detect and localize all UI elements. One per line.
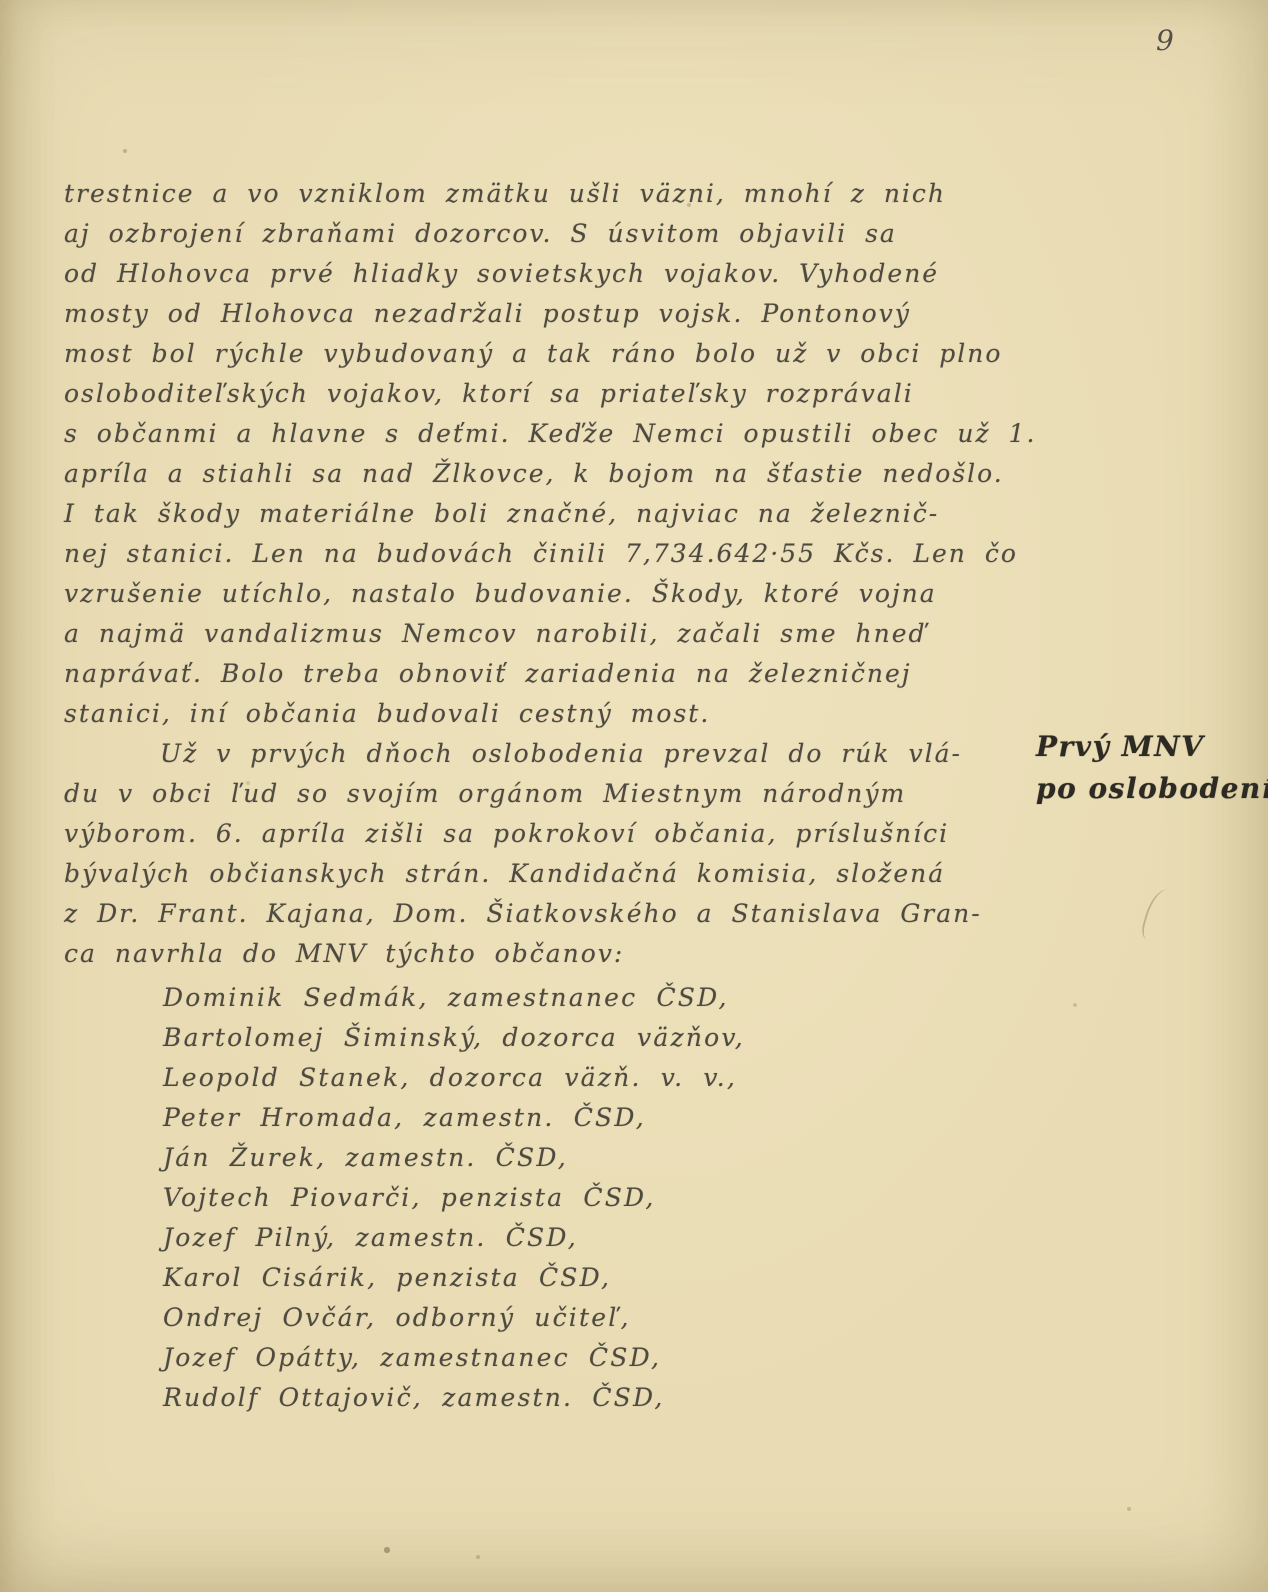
text-line: vzrušenie utíchlo, nastalo budovanie. Šk… [64,574,1054,614]
council-member-list: Dominik Sedmák, zamestnanec ČSD, Bartolo… [163,978,923,1418]
list-item: Leopold Stanek, dozorca väzň. v. v., [163,1058,923,1098]
list-item: Karol Cisárik, penzista ČSD, [163,1258,923,1298]
list-item: Vojtech Piovarči, penzista ČSD, [163,1178,923,1218]
text-line: most bol rýchle vybudovaný a tak ráno bo… [64,334,1054,374]
chronicle-page: 9 trestnice a vo vzniklom zmätku ušli vä… [0,0,1268,1592]
text-line: osloboditeľských vojakov, ktorí sa priat… [64,374,1054,414]
list-item: Rudolf Ottajovič, zamestn. ČSD, [163,1378,923,1418]
text-line: stanici, iní občania budovali cestný mos… [64,694,1054,734]
text-line: ca navrhla do MNV týchto občanov: [64,934,1054,974]
list-item: Jozef Opátty, zamestnanec ČSD, [163,1338,923,1378]
list-item: Peter Hromada, zamestn. ČSD, [163,1098,923,1138]
text-line-paragraph-start: Už v prvých dňoch oslobodenia prevzal do… [64,734,1054,774]
text-line: výborom. 6. apríla zišli sa pokrokoví ob… [64,814,1054,854]
list-item: Ján Žurek, zamestn. ČSD, [163,1138,923,1178]
text-line: I tak škody materiálne boli značné, najv… [64,494,1054,534]
text-line: od Hlohovca prvé hliadky sovietskych voj… [64,254,1054,294]
list-item: Ondrej Ovčár, odborný učiteľ, [163,1298,923,1338]
list-item: Jozef Pilný, zamestn. ČSD, [163,1218,923,1258]
text-line: nej stanici. Len na budovách činili 7,73… [64,534,1054,574]
margin-note-line-1: Prvý MNV [1036,726,1262,768]
pencil-mark [1139,885,1179,944]
text-line: apríla a stiahli sa nad Žlkovce, k bojom… [64,454,1054,494]
text-line: z Dr. Frant. Kajana, Dom. Šiatkovského a… [64,894,1054,934]
main-text-block: trestnice a vo vzniklom zmätku ušli väzn… [64,174,1054,974]
text-line: naprávať. Bolo treba obnoviť zariadenia … [64,654,1054,694]
text-line: a najmä vandalizmus Nemcov narobili, zač… [64,614,1054,654]
text-line: mosty od Hlohovca nezadržali postup vojs… [64,294,1054,334]
paper-specks [0,0,2,2]
margin-note: Prvý MNV po oslobodení. [1036,726,1262,810]
text-line: aj ozbrojení zbraňami dozorcov. S úsvito… [64,214,1054,254]
list-item: Dominik Sedmák, zamestnanec ČSD, [163,978,923,1018]
text-line: bývalých občianskych strán. Kandidačná k… [64,854,1054,894]
text-line: s občanmi a hlavne s deťmi. Keďže Nemci … [64,414,1054,454]
list-item: Bartolomej Šiminský, dozorca väzňov, [163,1018,923,1058]
text-line: trestnice a vo vzniklom zmätku ušli väzn… [64,174,1054,214]
page-number: 9 [1156,24,1175,57]
text-line: du v obci ľud so svojím orgánom Miestnym… [64,774,1054,814]
margin-note-line-2: po oslobodení. [1036,768,1262,810]
